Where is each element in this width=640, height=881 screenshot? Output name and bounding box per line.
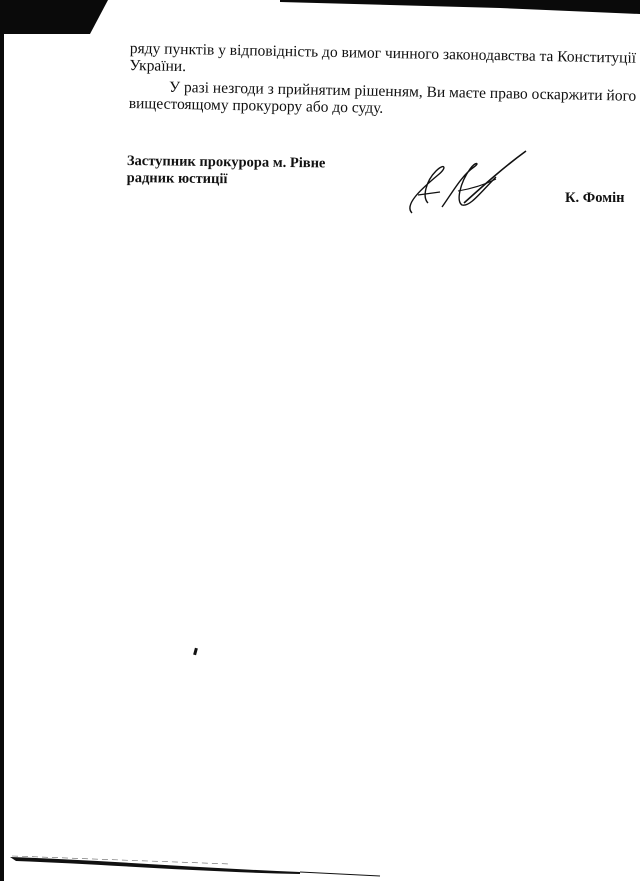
scan-top-edge	[0, 0, 640, 40]
signatory-name: К. Фомін	[565, 190, 624, 207]
signatory-rank: радник юстиції	[127, 170, 326, 189]
scan-left-edge	[0, 0, 4, 881]
signatory-block: Заступник прокурора м. Рівне радник юсти…	[127, 153, 326, 189]
scan-bottom-edge	[0, 850, 640, 881]
scan-speck	[193, 648, 198, 656]
document-body: ряду пунктів у відповідність до вимог чи…	[129, 40, 640, 123]
signature-icon	[400, 145, 540, 220]
